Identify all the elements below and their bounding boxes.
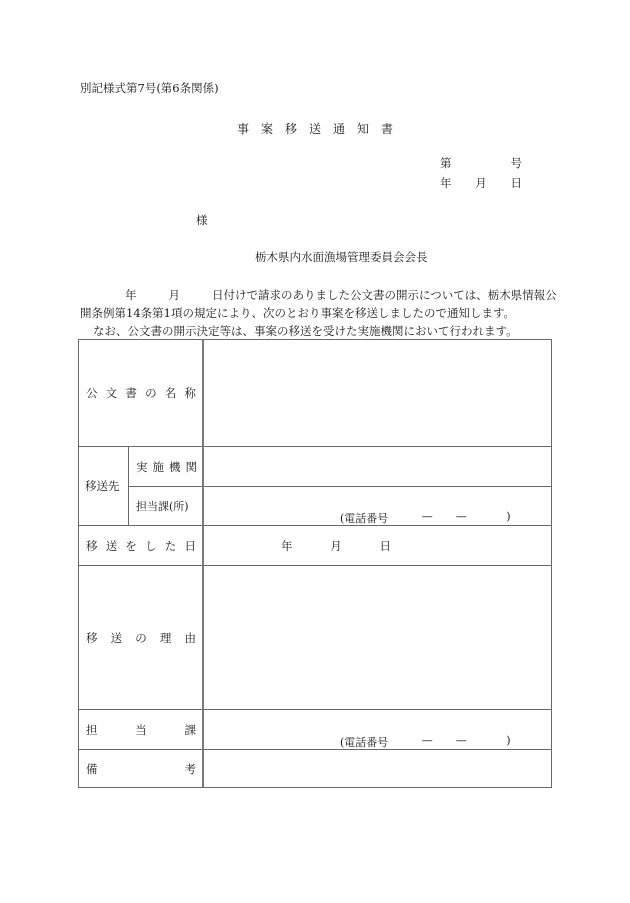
form-number: 別記様式第7号(第6条関係): [80, 80, 219, 96]
issue-date: 年 月 日: [440, 175, 522, 191]
sender: 栃木県内水面漁場管理委員会会長: [255, 249, 428, 265]
paragraph-1: 年月日付けで請求のありました公文書の開示については、栃木県情報公: [80, 286, 560, 304]
label-transfer-reason: 移送の理由: [86, 566, 196, 709]
implementing-agency-field[interactable]: [205, 447, 549, 486]
label-implementing-agency: 実施機関: [136, 447, 197, 486]
column-divider: [202, 340, 204, 787]
issue-year: 年: [440, 175, 452, 191]
issue-day: 日: [511, 175, 523, 191]
label-section-in-charge: 担当課: [86, 710, 196, 749]
label-section-office: 担当課(所): [136, 487, 200, 525]
remarks-field[interactable]: [205, 750, 549, 787]
phone-number-line: (電話番号——): [340, 510, 511, 526]
document-title: 事案移送通知書: [0, 120, 630, 137]
document-number: 第 号: [440, 155, 522, 171]
issue-month: 月: [475, 175, 487, 191]
label-transfer-destination: 移送先: [85, 447, 127, 525]
addressee: 様: [196, 212, 208, 228]
doc-number-prefix: 第: [440, 155, 452, 171]
transfer-table: 公文書の名称 移送先 実施機関 担当課(所) (電話番号——) 移送をした日 年…: [78, 339, 552, 788]
notice-body: 年月日付けで請求のありました公文書の開示については、栃木県情報公 開条例第14条…: [80, 286, 560, 340]
label-document-name: 公文書の名称: [86, 340, 196, 446]
transfer-date-field[interactable]: 年月日: [281, 526, 391, 565]
transfer-reason-field[interactable]: [205, 566, 549, 709]
label-remarks: 備考: [86, 750, 196, 787]
phone-number-line: (電話番号——): [340, 734, 511, 750]
paragraph-2: 開条例第14条第1項の規定により、次のとおり事案を移送しましたので通知します。: [80, 304, 560, 322]
paragraph-3: なお、公文書の開示決定等は、事案の移送を受けた実施機関において行われます。: [80, 322, 560, 340]
label-transfer-date: 移送をした日: [86, 526, 196, 565]
column-divider: [128, 446, 129, 525]
doc-number-suffix: 号: [511, 155, 523, 171]
document-name-field[interactable]: [205, 340, 549, 446]
